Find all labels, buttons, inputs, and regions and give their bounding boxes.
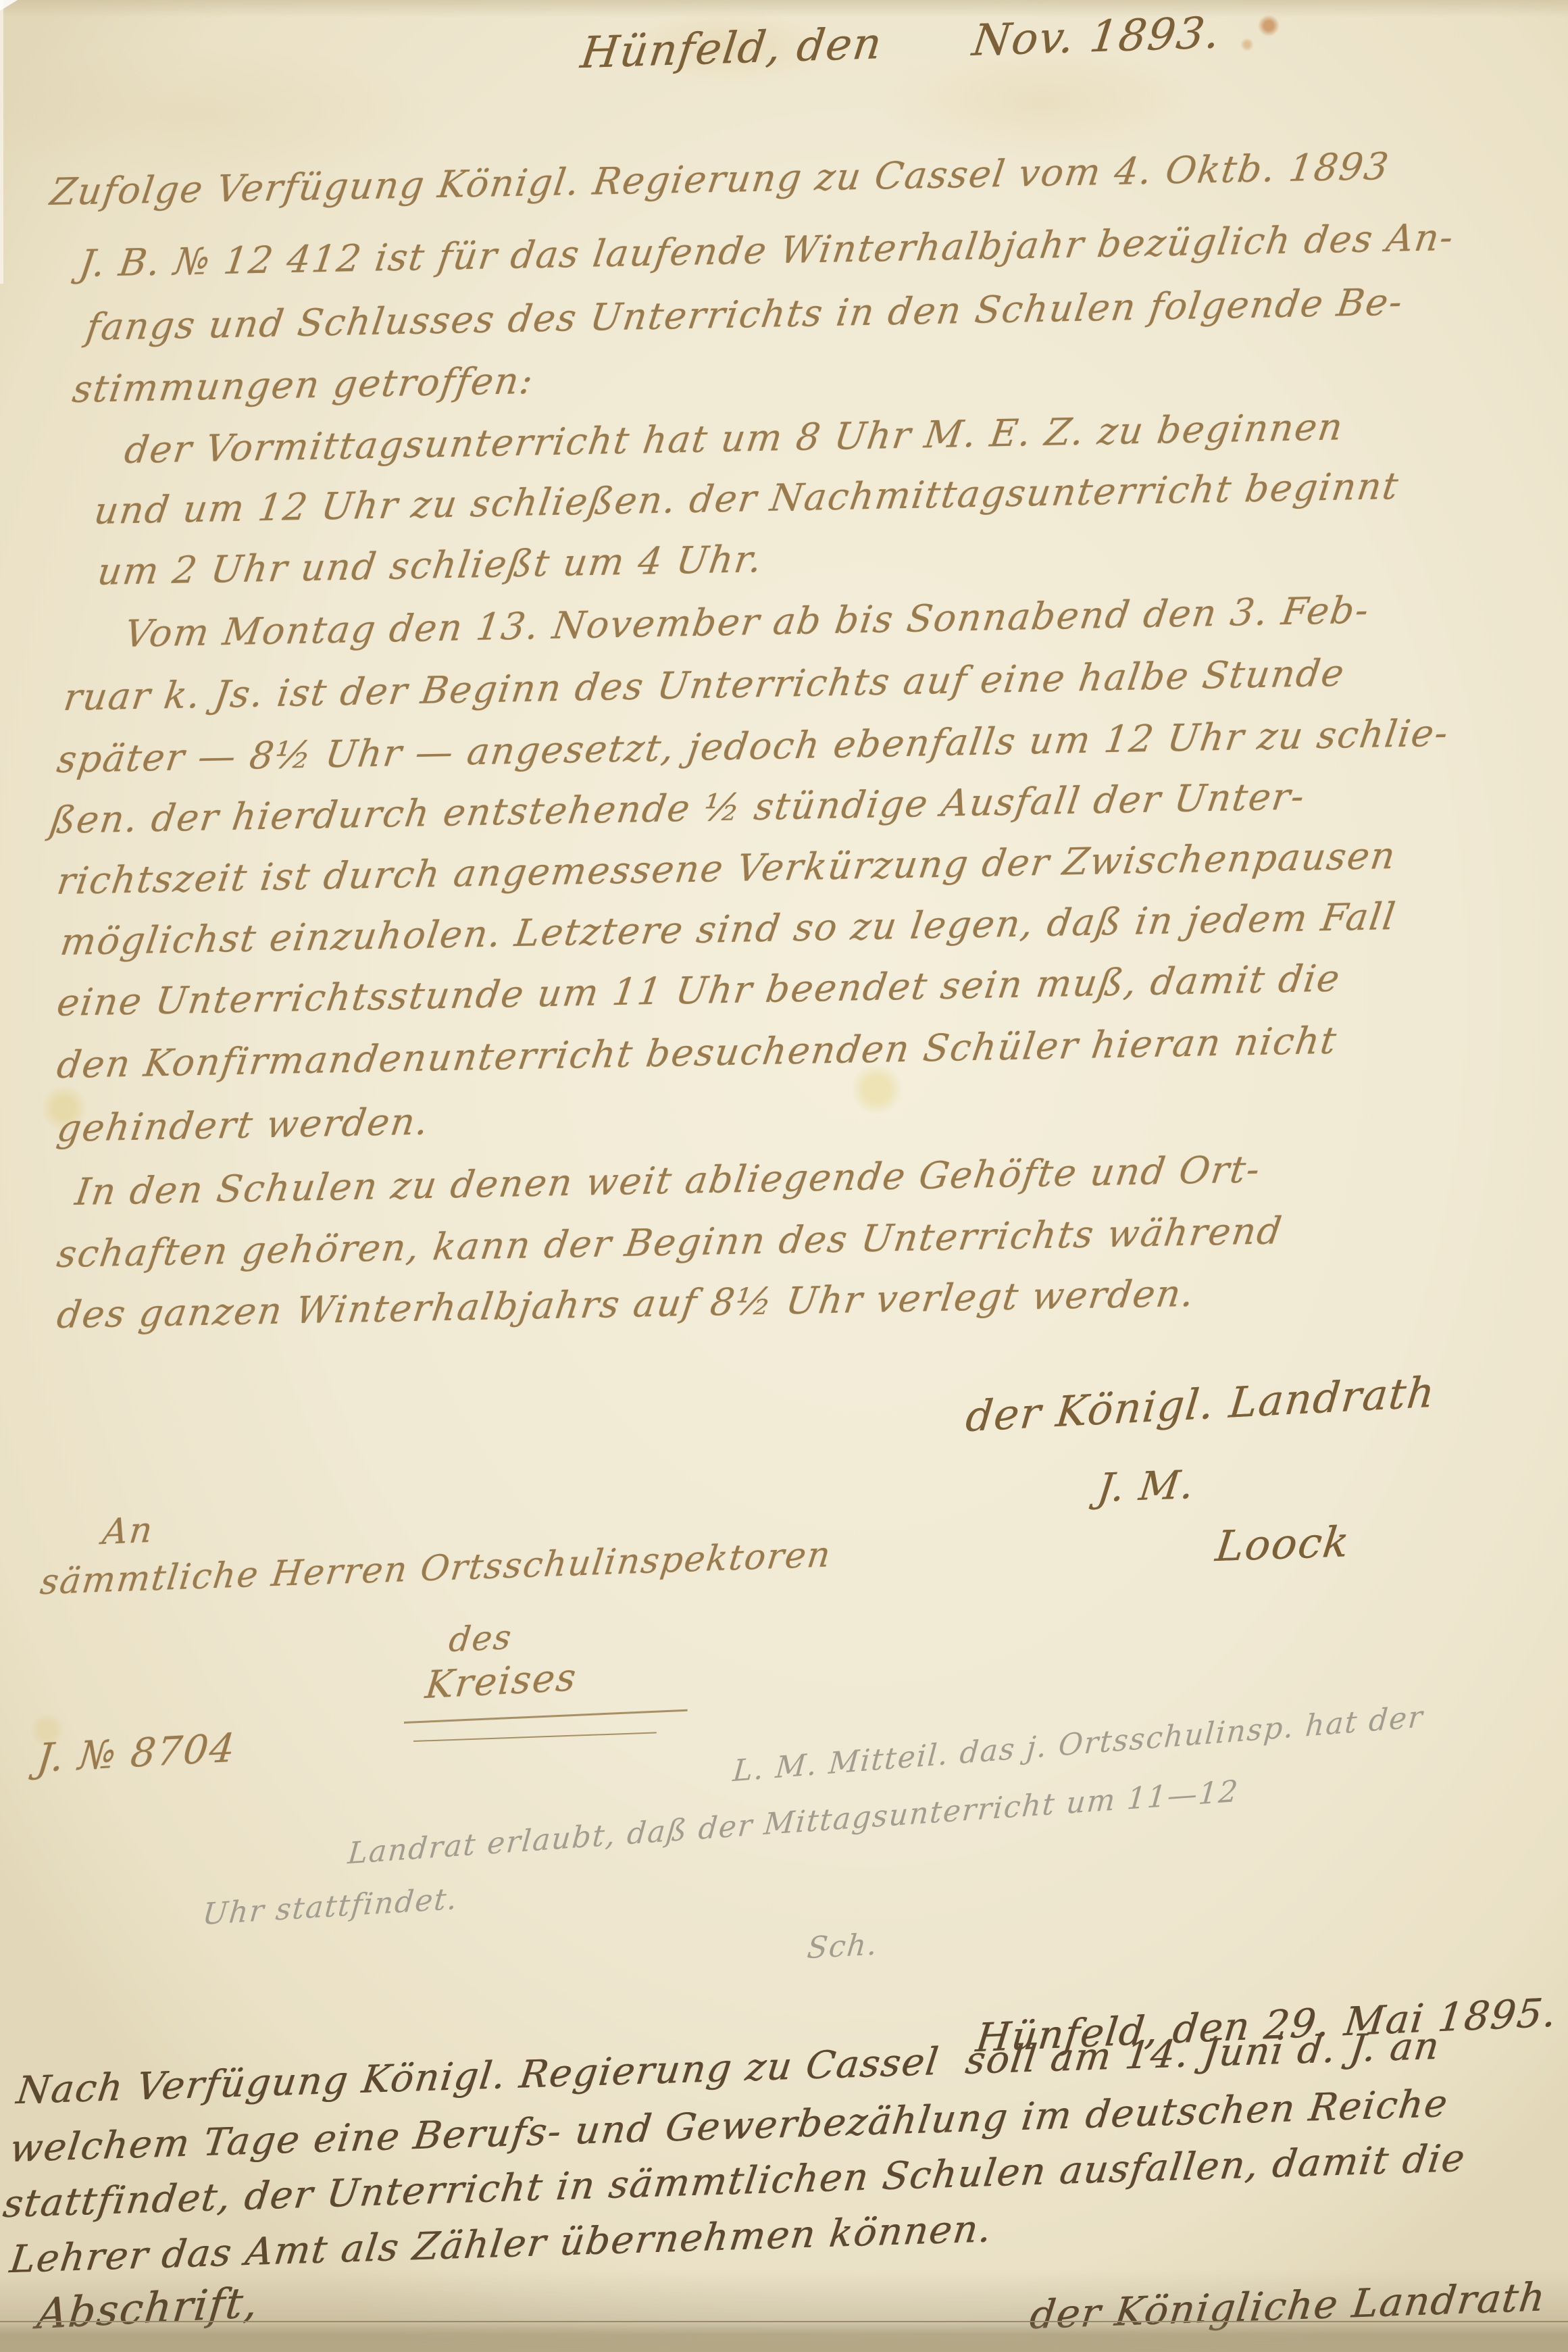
flourish-underline xyxy=(404,1709,688,1724)
pencil-note-line: L. M. Mitteil. das j. Ortsschulinsp. hat… xyxy=(732,1699,1425,1788)
address-line: An xyxy=(101,1510,156,1553)
scan-edge-sliver xyxy=(0,0,3,284)
letter1-line: Vom Montag den 13. November ab bis Sonna… xyxy=(122,589,1373,656)
letter1-line: ruar k. Js. ist der Beginn des Unterrich… xyxy=(61,651,1348,720)
letter1-line: eine Unterrichtsstunde um 11 Uhr beendet… xyxy=(55,956,1344,1024)
page-bottom-edge xyxy=(0,2321,1568,2352)
letter1-initials: J. M. xyxy=(1095,1461,1198,1511)
letter1-line: um 2 Uhr und schließt um 4 Uhr. xyxy=(95,537,766,593)
address-line: Kreises xyxy=(424,1655,580,1707)
letter1-line: In den Schulen zu denen weit abliegende … xyxy=(73,1147,1264,1213)
letter1-line: möglichst einzuholen. Letztere sind so z… xyxy=(58,895,1399,964)
letter1-line: gehindert werden. xyxy=(55,1099,432,1150)
letter1-line: schaften gehören, kann der Beginn des Un… xyxy=(55,1209,1286,1276)
address-line: des xyxy=(447,1618,515,1659)
flourish-underline xyxy=(413,1732,657,1742)
document-page: Hünfeld, den Nov. 1893. Zufolge Verfügun… xyxy=(0,0,1568,2352)
letter1-line: und um 12 Uhr zu schließen. der Nachmitt… xyxy=(92,464,1402,532)
pencil-note-line: Landrat erlaubt, daß der Mittagsunterric… xyxy=(347,1774,1240,1872)
letter1-closing: der Königl. Landrath xyxy=(963,1367,1438,1441)
letter1-line: des ganzen Winterhalbjahrs auf 8½ Uhr ve… xyxy=(55,1272,1198,1337)
letter1-line: Zufolge Verfügung Königl. Regierung zu C… xyxy=(48,145,1392,214)
letter1-line: ßen. der hierdurch entstehende ½ stündig… xyxy=(48,774,1309,842)
reference-number: J. № 8704 xyxy=(34,1724,238,1781)
letter1-signature: Loock xyxy=(1213,1517,1352,1571)
letter1-line: fangs und Schlusses des Unterrichts in d… xyxy=(84,280,1407,349)
letter1-line: den Konfirmandenunterricht besuchenden S… xyxy=(55,1019,1340,1087)
letter1-line: J. B. № 12 412 ist für das laufende Wint… xyxy=(77,216,1457,285)
pencil-note-initials: Sch. xyxy=(805,1927,880,1966)
letter1-line: der Vormittagsunterricht hat um 8 Uhr M.… xyxy=(122,405,1347,472)
letter1-line: stimmungen getroffen: xyxy=(70,359,537,411)
letter1-line: richtszeit ist durch angemessene Verkürz… xyxy=(55,834,1399,903)
pencil-note-line: Uhr stattfindet. xyxy=(201,1882,460,1932)
letter1-dateline: Hünfeld, den Nov. 1893. xyxy=(578,8,1223,78)
letter1-line: später — 8½ Uhr — angesetzt, jedoch eben… xyxy=(55,711,1452,781)
address-line: sämmtliche Herren Ortsschulinspektoren xyxy=(38,1534,834,1603)
